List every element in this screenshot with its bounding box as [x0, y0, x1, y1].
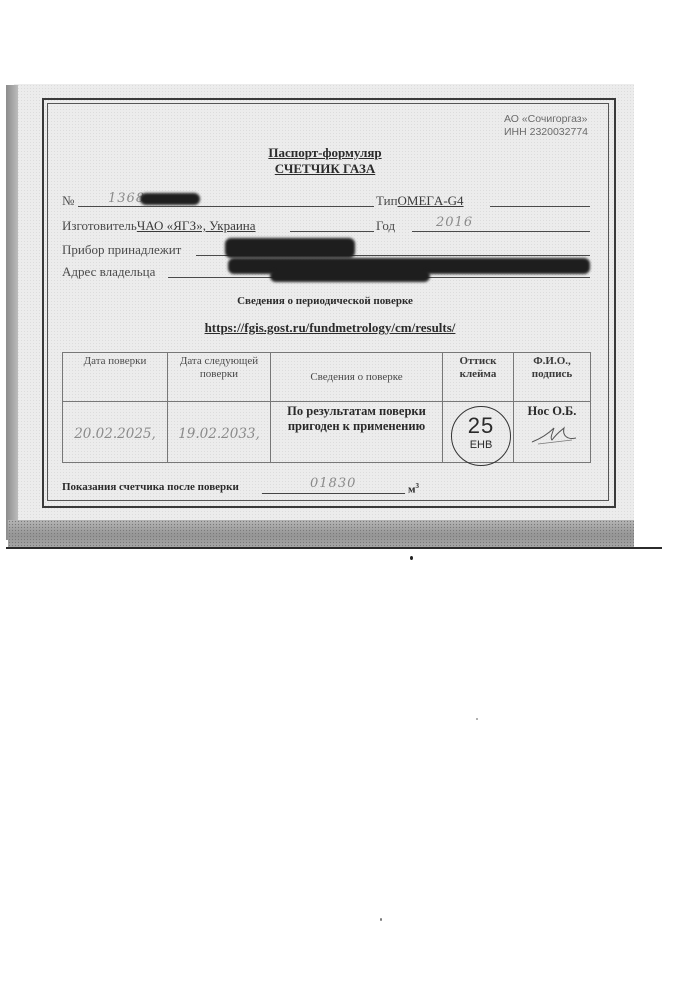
- scan-speck: [410, 556, 413, 560]
- verification-stamp: 25 EHB: [451, 406, 511, 466]
- manufacturer-value: ЧАО «ЯГЗ», Украина: [137, 218, 256, 233]
- verification-result: По результатам поверки пригоден к примен…: [271, 402, 443, 463]
- redaction-mark: [270, 270, 430, 282]
- title-line-2: СЧЕТЧИК ГАЗА: [0, 161, 650, 177]
- column-header-next-date: Дата следующей поверки: [168, 353, 271, 402]
- column-header-info: Сведения о поверке: [271, 353, 443, 402]
- scan-speck: [476, 718, 478, 720]
- table-row: 20.02.2025, 19.02.2033, По результатам п…: [63, 402, 591, 463]
- column-header-signature: Ф.И.О., подпись: [514, 353, 591, 402]
- verification-table: Дата поверки Дата следующей поверки Свед…: [62, 352, 591, 463]
- scan-edge-line: [6, 547, 662, 549]
- verification-section-title: Сведения о периодической поверке: [0, 295, 650, 307]
- redaction-mark: [140, 193, 200, 205]
- type-underline: [490, 206, 590, 207]
- signature-scribble: [528, 424, 578, 446]
- number-label: №: [62, 193, 74, 208]
- year-label: Год: [376, 218, 395, 233]
- verification-link[interactable]: https://fgis.gost.ru/fundmetrology/cm/re…: [0, 320, 660, 336]
- stamp-code: EHB: [452, 439, 510, 451]
- cell-date: 20.02.2025,: [63, 402, 168, 463]
- organization-block: АО «Сочигоргаз» ИНН 2320032774: [504, 113, 588, 139]
- document-title: Паспорт-формуляр СЧЕТЧИК ГАЗА: [0, 145, 650, 177]
- manufacturer-label: Изготовитель: [62, 218, 137, 233]
- column-header-stamp: Оттиск клейма: [443, 353, 514, 402]
- meter-reading-underline: [262, 493, 405, 494]
- table-header-row: Дата поверки Дата следующей поверки Свед…: [63, 353, 591, 402]
- cell-next-date: 19.02.2033,: [168, 402, 271, 463]
- type-label: Тип: [376, 193, 398, 208]
- verification-date: 20.02.2025,: [74, 426, 156, 442]
- organization-inn: ИНН 2320032774: [504, 126, 588, 139]
- next-verification-date: 19.02.2033,: [178, 426, 260, 442]
- type-field: ТипOMEГA-G4: [376, 193, 464, 209]
- redaction-mark: [225, 238, 355, 258]
- scan-shadow-bottom: [8, 520, 634, 548]
- address-field: Адрес владельца: [62, 264, 155, 280]
- year-field: Год: [376, 218, 395, 234]
- owner-label: Прибор принадлежит: [62, 242, 181, 257]
- unit-power: 3: [416, 482, 420, 490]
- manufacturer-underline: [290, 231, 374, 232]
- title-line-1: Паспорт-формуляр: [0, 145, 650, 161]
- manufacturer-field: ИзготовительЧАО «ЯГЗ», Украина: [62, 218, 256, 234]
- meter-reading-label: Показания счетчика после поверки: [62, 481, 239, 493]
- year-value: 2016: [436, 215, 473, 230]
- unit-symbol: м: [408, 484, 416, 496]
- meter-reading-value: 01830: [310, 476, 356, 491]
- number-field: №: [62, 193, 74, 209]
- stamp-number: 25: [452, 413, 510, 439]
- type-value: OMEГA-G4: [398, 193, 464, 208]
- meter-reading-unit: м3: [408, 482, 419, 496]
- scan-speck: [380, 918, 382, 921]
- owner-field: Прибор принадлежит: [62, 242, 181, 258]
- organization-name: АО «Сочигоргаз»: [504, 113, 588, 126]
- address-label: Адрес владельца: [62, 264, 155, 279]
- column-header-date: Дата поверки: [63, 353, 168, 402]
- number-underline: [78, 206, 374, 207]
- year-underline: [412, 231, 590, 232]
